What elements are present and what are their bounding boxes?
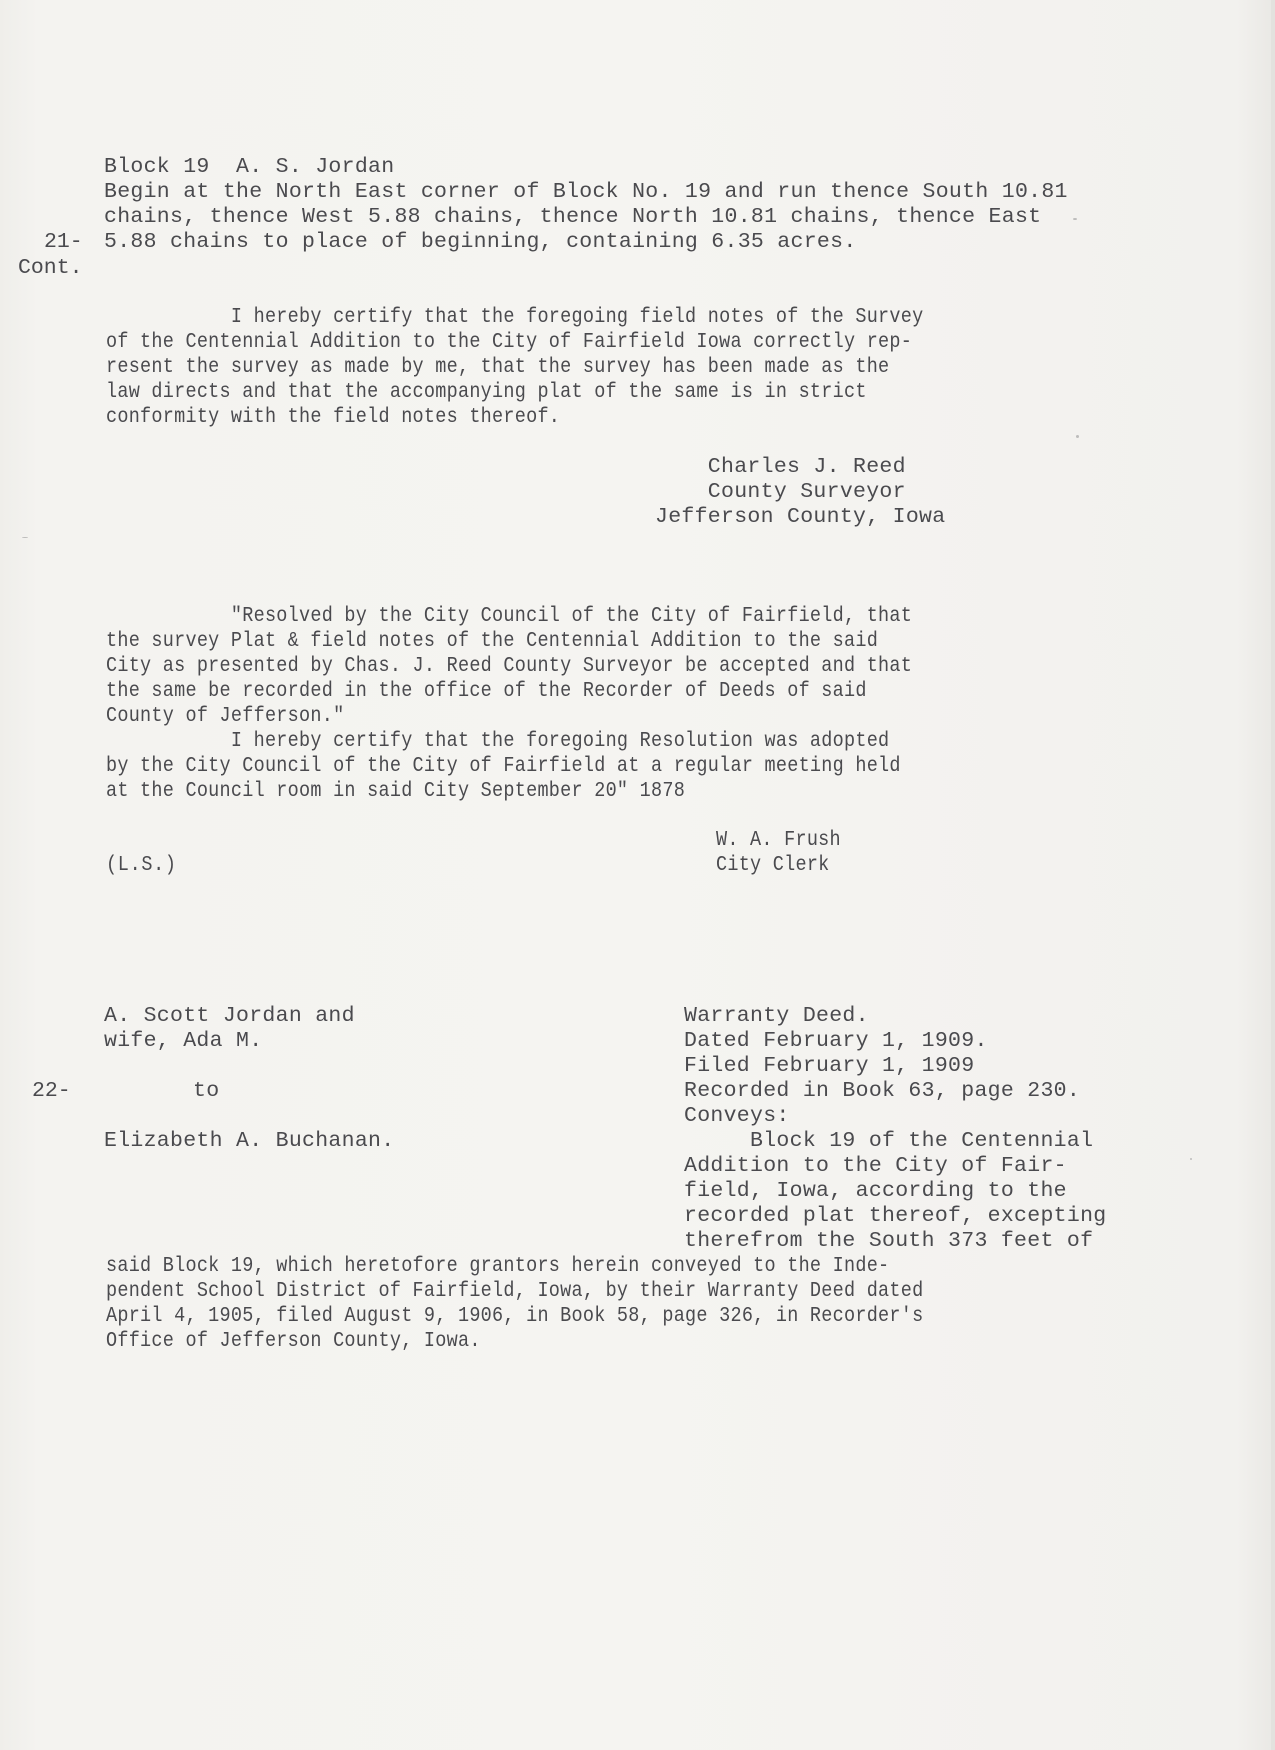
resolution-line: City as presented by Chas. J. Reed Count… xyxy=(106,654,912,679)
certificate-line: of the Centennial Addition to the City o… xyxy=(106,330,923,355)
deed-description: field, Iowa, according to the xyxy=(684,1179,1106,1204)
description-line: Begin at the North East corner of Block … xyxy=(104,180,1068,205)
paper-speck xyxy=(1076,435,1079,438)
grantor-line: wife, Ada M. xyxy=(104,1029,355,1054)
signature-name: Charles J. Reed xyxy=(655,455,945,480)
continuation-line: pendent School District of Fairfield, Io… xyxy=(106,1279,923,1304)
certificate-line: conformity with the field notes thereof. xyxy=(106,405,923,430)
seal-notation: (L.S.) xyxy=(106,853,177,878)
entry-21-heading: Block 19 A. S. Jordan xyxy=(104,155,1068,180)
deed-description: therefrom the South 373 feet of xyxy=(684,1229,1106,1254)
surveyor-certificate: I hereby certify that the foregoing fiel… xyxy=(106,305,923,430)
resolution-line: the survey Plat & field notes of the Cen… xyxy=(106,629,912,654)
deed-continuation: said Block 19, which heretofore grantors… xyxy=(106,1254,923,1354)
conveyance-to: to xyxy=(193,1079,219,1104)
entry-continued-label: Cont. xyxy=(18,256,83,281)
paper-speck xyxy=(22,537,28,538)
deed-filed: Filed February 1, 1909 xyxy=(684,1054,1106,1079)
resolution-line: the same be recorded in the office of th… xyxy=(106,679,912,704)
page-edge xyxy=(1271,0,1275,1750)
clerk-name: W. A. Frush xyxy=(716,828,841,853)
clerk-signature: W. A. Frush City Clerk xyxy=(716,828,841,878)
deed-type: Warranty Deed. xyxy=(684,1004,1106,1029)
deed-recorded: Recorded in Book 63, page 230. xyxy=(684,1079,1106,1104)
entry-number-22: 22- xyxy=(32,1079,71,1104)
signature-county: Jefferson County, Iowa xyxy=(655,505,945,530)
description-line: chains, thence West 5.88 chains, thence … xyxy=(104,205,1068,230)
grantor-line: A. Scott Jordan and xyxy=(104,1004,355,1029)
continuation-line: April 4, 1905, filed August 9, 1906, in … xyxy=(106,1304,923,1329)
grantee: Elizabeth A. Buchanan. xyxy=(104,1129,394,1154)
deed-conveys: Conveys: xyxy=(684,1104,1106,1129)
resolution-line: "Resolved by the City Council of the Cit… xyxy=(106,604,912,629)
resolution-line: by the City Council of the City of Fairf… xyxy=(106,754,912,779)
deed-description: recorded plat thereof, excepting xyxy=(684,1204,1106,1229)
resolution-line: at the Council room in said City Septemb… xyxy=(106,779,912,804)
certificate-line: resent the survey as made by me, that th… xyxy=(106,355,923,380)
council-resolution: "Resolved by the City Council of the Cit… xyxy=(106,604,912,804)
entry-21-legal-description: Block 19 A. S. Jordan Begin at the North… xyxy=(104,155,1068,255)
deed-description: Addition to the City of Fair- xyxy=(684,1154,1106,1179)
signature-title: County Surveyor xyxy=(655,480,945,505)
deed-details: Warranty Deed. Dated February 1, 1909. F… xyxy=(684,1004,1106,1254)
surveyor-signature: Charles J. Reed County Surveyor Jefferso… xyxy=(655,455,945,530)
paper-speck xyxy=(1190,1158,1192,1160)
entry-22-grantor: A. Scott Jordan and wife, Ada M. xyxy=(104,1004,355,1054)
continuation-line: said Block 19, which heretofore grantors… xyxy=(106,1254,923,1279)
continuation-line: Office of Jefferson County, Iowa. xyxy=(106,1329,923,1354)
certificate-line: law directs and that the accompanying pl… xyxy=(106,380,923,405)
resolution-line: County of Jefferson." xyxy=(106,704,912,729)
entry-number-21: 21- xyxy=(44,230,83,255)
resolution-line: I hereby certify that the foregoing Reso… xyxy=(106,729,912,754)
description-line: 5.88 chains to place of beginning, conta… xyxy=(104,230,1068,255)
clerk-title: City Clerk xyxy=(716,853,841,878)
deed-description: Block 19 of the Centennial xyxy=(684,1129,1106,1154)
paper-speck xyxy=(1073,218,1077,220)
certificate-line: I hereby certify that the foregoing fiel… xyxy=(106,305,923,330)
deed-dated: Dated February 1, 1909. xyxy=(684,1029,1106,1054)
document-page: Block 19 A. S. Jordan Begin at the North… xyxy=(0,0,1275,1750)
